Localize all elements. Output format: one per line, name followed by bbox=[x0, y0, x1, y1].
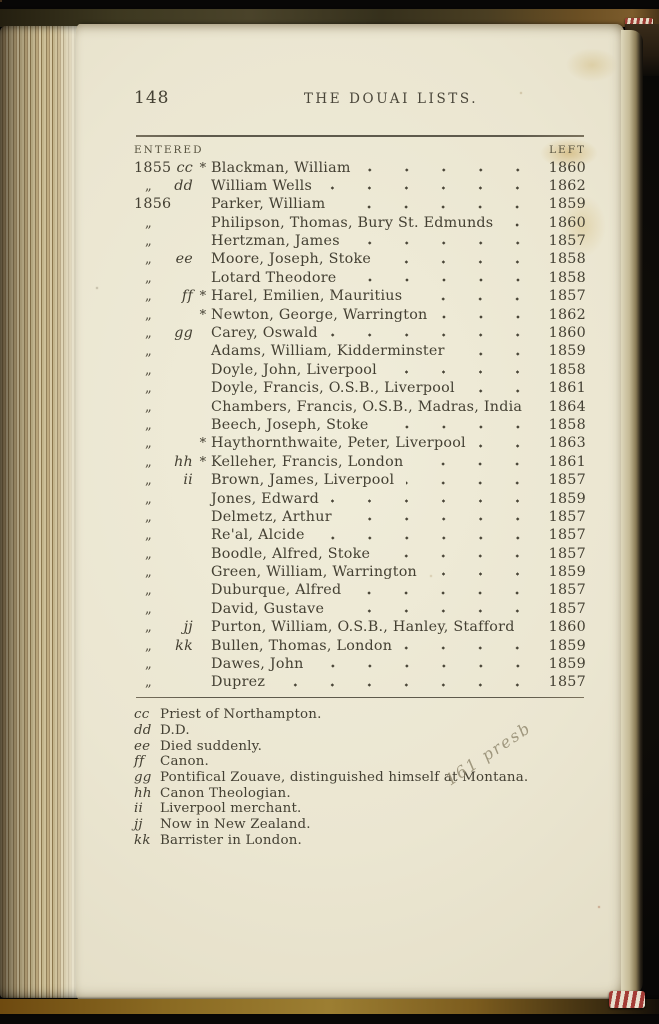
entered-year: „ bbox=[134, 491, 171, 509]
entry-name: David, Gustave bbox=[210, 600, 324, 618]
entry-name: Newton, George, Warrington bbox=[210, 306, 428, 324]
footnote-text: Canon. bbox=[160, 754, 586, 770]
entry-name: Blackman, William bbox=[210, 159, 351, 177]
table-row: 1856 Parker, William 1859 bbox=[134, 195, 586, 213]
footnote: kk Barrister in London. bbox=[134, 833, 586, 849]
footnote-key: ff bbox=[134, 754, 160, 770]
entered-year: 1856 bbox=[134, 195, 171, 213]
left-year: 1859 bbox=[544, 563, 586, 581]
table-row: „ ii Brown, James, Liverpool 1857 bbox=[134, 471, 586, 489]
table-row: „ Philipson, Thomas, Bury St. Edmunds 18… bbox=[134, 214, 586, 232]
foxing-spots bbox=[0, 0, 2, 2]
footnote-text: Now in New Zealand. bbox=[160, 817, 586, 833]
running-title: THE DOUAI LISTS. bbox=[210, 91, 572, 107]
dot-leader bbox=[404, 637, 536, 655]
left-year: 1857 bbox=[544, 471, 586, 489]
dot-leader bbox=[349, 269, 536, 287]
entry-name: Chambers, Francis, O.S.B., Madras, India bbox=[210, 398, 522, 416]
left-year: 1859 bbox=[544, 490, 586, 508]
entry-name: Kelleher, Francis, London bbox=[210, 453, 403, 471]
left-year: 1862 bbox=[544, 306, 586, 324]
table-row: „ Beech, Joseph, Stoke 1858 bbox=[134, 416, 586, 434]
headband-bottom bbox=[609, 991, 645, 1008]
entered-year: „ bbox=[134, 601, 171, 619]
table-row: „ * Newton, George, Warrington 1862 bbox=[134, 306, 586, 324]
page-right-edge bbox=[621, 30, 643, 996]
dot-leader bbox=[324, 177, 536, 195]
book-cover-bottom-edge bbox=[0, 999, 659, 1014]
entry-name: Doyle, Francis, O.S.B., Liverpool bbox=[210, 379, 455, 397]
table-row: „ Chambers, Francis, O.S.B., Madras, Ind… bbox=[134, 398, 586, 416]
footnote-marker: cc bbox=[171, 159, 196, 177]
entry-name: Moore, Joseph, Stoke bbox=[210, 250, 371, 268]
entry-name: Dawes, John bbox=[210, 655, 304, 673]
left-year: 1857 bbox=[544, 581, 586, 599]
entered-year: „ bbox=[134, 343, 171, 361]
dot-leader bbox=[353, 581, 536, 599]
dot-leader bbox=[344, 508, 536, 526]
left-year: 1857 bbox=[544, 232, 586, 250]
entry-name: Doyle, John, Liverpool bbox=[210, 361, 377, 379]
asterisk-marker: * bbox=[196, 307, 210, 325]
footnote: gg Pontifical Zouave, distinguished hims… bbox=[134, 770, 586, 786]
table-row: „ ee Moore, Joseph, Stoke 1858 bbox=[134, 250, 586, 268]
table-row: „ Adams, William, Kidderminster 1859 bbox=[134, 342, 586, 360]
footnote-text: Liverpool merchant. bbox=[160, 801, 586, 817]
entered-year: „ bbox=[134, 582, 171, 600]
entered-year: „ bbox=[134, 307, 171, 325]
entered-year: „ bbox=[134, 435, 171, 453]
left-year: 1857 bbox=[544, 673, 586, 691]
table-row: „ Delmetz, Arthur 1857 bbox=[134, 508, 586, 526]
left-year: 1861 bbox=[544, 379, 586, 397]
asterisk-marker: * bbox=[196, 160, 210, 178]
footnote: ii Liverpool merchant. bbox=[134, 801, 586, 817]
entry-name: Delmetz, Arthur bbox=[210, 508, 332, 526]
footnote: jj Now in New Zealand. bbox=[134, 817, 586, 833]
entered-year: „ bbox=[134, 380, 171, 398]
left-year: 1857 bbox=[544, 600, 586, 618]
table-row: „ Re'al, Alcide 1857 bbox=[134, 526, 586, 544]
dot-leader bbox=[505, 214, 536, 232]
table-row: „ jj Purton, William, O.S.B., Hanley, St… bbox=[134, 618, 586, 636]
footnote-marker: ff bbox=[171, 287, 196, 305]
entry-name: Lotard Theodore bbox=[210, 269, 337, 287]
footnote-marker: dd bbox=[171, 177, 196, 195]
horizontal-rule-bottom bbox=[136, 697, 584, 699]
entered-year: „ bbox=[134, 325, 171, 343]
entered-heading: ENTERED bbox=[134, 144, 204, 156]
left-year: 1860 bbox=[544, 159, 586, 177]
dot-leader bbox=[389, 361, 536, 379]
dot-leader bbox=[440, 306, 536, 324]
entry-name: William Wells bbox=[210, 177, 312, 195]
entry-name: Green, William, Warrington bbox=[210, 563, 417, 581]
left-year: 1857 bbox=[544, 526, 586, 544]
dot-leader bbox=[317, 526, 536, 544]
left-heading: LEFT bbox=[549, 144, 586, 156]
footnote-marker: ee bbox=[171, 250, 196, 268]
left-year: 1862 bbox=[544, 177, 586, 195]
entry-name: Parker, William bbox=[210, 195, 325, 213]
entry-name: Hertzman, James bbox=[210, 232, 340, 250]
dot-leader bbox=[478, 434, 536, 452]
dot-leader bbox=[415, 453, 536, 471]
asterisk-marker: * bbox=[196, 288, 210, 306]
entered-year: „ bbox=[134, 454, 171, 472]
footnote-key: dd bbox=[134, 723, 160, 739]
entry-name: Jones, Edward bbox=[210, 490, 319, 508]
left-year: 1858 bbox=[544, 416, 586, 434]
footnote-marker: ii bbox=[171, 471, 196, 489]
left-year: 1864 bbox=[544, 398, 586, 416]
dot-leader bbox=[382, 545, 536, 563]
entered-year: „ bbox=[134, 417, 171, 435]
entry-name: Brown, James, Liverpool bbox=[210, 471, 394, 489]
entered-year: 1855 bbox=[134, 159, 171, 177]
entered-year: „ bbox=[134, 233, 171, 251]
left-year: 1858 bbox=[544, 361, 586, 379]
dot-leader bbox=[336, 600, 536, 618]
entry-name: Philipson, Thomas, Bury St. Edmunds bbox=[210, 214, 493, 232]
dot-leader bbox=[330, 324, 536, 342]
entered-year: „ bbox=[134, 288, 171, 306]
footnote-text: Barrister in London. bbox=[160, 833, 586, 849]
table-row: „ Doyle, John, Liverpool 1858 bbox=[134, 361, 586, 379]
left-year: 1858 bbox=[544, 269, 586, 287]
dot-leader bbox=[316, 655, 536, 673]
left-year: 1859 bbox=[544, 195, 586, 213]
entered-year: „ bbox=[134, 564, 171, 582]
table-row: „ David, Gustave 1857 bbox=[134, 600, 586, 618]
footnote: hh Canon Theologian. bbox=[134, 786, 586, 802]
asterisk-marker: * bbox=[196, 435, 210, 453]
dot-leader bbox=[352, 232, 536, 250]
table-row: „ Jones, Edward 1859 bbox=[134, 490, 586, 508]
entry-name: Adams, William, Kidderminster bbox=[210, 342, 445, 360]
table-row: „ * Haythornthwaite, Peter, Liverpool 18… bbox=[134, 434, 586, 452]
page-header: 148 THE DOUAI LISTS. bbox=[134, 88, 586, 110]
entered-year: „ bbox=[134, 674, 171, 692]
footnote-key: ee bbox=[134, 739, 160, 755]
left-year: 1858 bbox=[544, 250, 586, 268]
dot-leader bbox=[383, 250, 536, 268]
column-headings: ENTERED LEFT bbox=[134, 144, 586, 156]
left-year: 1859 bbox=[544, 655, 586, 673]
footnote-marker: gg bbox=[171, 324, 196, 342]
table-row: „ Boodle, Alfred, Stoke 1857 bbox=[134, 545, 586, 563]
table-row: „ ff * Harel, Emilien, Mauritius 1857 bbox=[134, 287, 586, 305]
entered-year: „ bbox=[134, 638, 171, 656]
entry-name: Bullen, Thomas, London bbox=[210, 637, 392, 655]
horizontal-rule-top bbox=[136, 135, 584, 137]
entered-year: „ bbox=[134, 619, 171, 637]
dot-leader bbox=[534, 398, 536, 416]
footnote-marker: hh bbox=[171, 453, 196, 471]
entered-year: „ bbox=[134, 215, 171, 233]
dot-leader bbox=[467, 379, 536, 397]
table-row: „ Lotard Theodore 1858 bbox=[134, 269, 586, 287]
entry-name: Duburque, Alfred bbox=[210, 581, 341, 599]
entry-name: Harel, Emilien, Mauritius bbox=[210, 287, 402, 305]
entered-year: „ bbox=[134, 251, 171, 269]
footnote-text: Canon Theologian. bbox=[160, 786, 586, 802]
left-year: 1860 bbox=[544, 618, 586, 636]
table-row: „ gg Carey, Oswald 1860 bbox=[134, 324, 586, 342]
footnote-key: kk bbox=[134, 833, 160, 849]
left-year: 1857 bbox=[544, 287, 586, 305]
dot-leader bbox=[363, 159, 536, 177]
table-row: „ Hertzman, James 1857 bbox=[134, 232, 586, 250]
book-photo: 148 THE DOUAI LISTS. ENTERED LEFT 1855 c… bbox=[0, 0, 659, 1024]
footnote: ff Canon. bbox=[134, 754, 586, 770]
footnote-marker: jj bbox=[171, 618, 196, 636]
footnote-key: jj bbox=[134, 817, 160, 833]
entered-year: „ bbox=[134, 546, 171, 564]
left-year: 1859 bbox=[544, 342, 586, 360]
entry-name: Beech, Joseph, Stoke bbox=[210, 416, 369, 434]
left-year: 1857 bbox=[544, 545, 586, 563]
footnote-key: hh bbox=[134, 786, 160, 802]
dot-leader bbox=[277, 673, 536, 691]
footnote-text: Pontifical Zouave, distinguished himself… bbox=[160, 770, 586, 786]
dot-leader bbox=[406, 471, 536, 489]
left-year: 1861 bbox=[544, 453, 586, 471]
entry-name: Purton, William, O.S.B., Hanley, Staffor… bbox=[210, 618, 515, 636]
left-year: 1859 bbox=[544, 637, 586, 655]
entered-year: „ bbox=[134, 472, 171, 490]
entry-name: Boodle, Alfred, Stoke bbox=[210, 545, 370, 563]
footnote-key: ii bbox=[134, 801, 160, 817]
dot-leader bbox=[429, 563, 536, 581]
dot-leader bbox=[414, 287, 536, 305]
footnote-key: gg bbox=[134, 770, 160, 786]
table-row: „ Dawes, John 1859 bbox=[134, 655, 586, 673]
dot-leader bbox=[457, 342, 536, 360]
table-row: „ Duburque, Alfred 1857 bbox=[134, 581, 586, 599]
dot-leader bbox=[527, 618, 536, 636]
table-row: „ Doyle, Francis, O.S.B., Liverpool 1861 bbox=[134, 379, 586, 397]
table-row: „ Green, William, Warrington 1859 bbox=[134, 563, 586, 581]
entry-table: 1855 cc * Blackman, William 1860 „ dd Wi… bbox=[134, 159, 586, 692]
entered-year: „ bbox=[134, 527, 171, 545]
entered-year: „ bbox=[134, 178, 171, 196]
entered-year: „ bbox=[134, 509, 171, 527]
left-year: 1860 bbox=[544, 324, 586, 342]
entry-name: Duprez bbox=[210, 673, 265, 691]
entered-year: „ bbox=[134, 399, 171, 417]
table-row: „ Duprez 1857 bbox=[134, 673, 586, 691]
table-row: „ hh * Kelleher, Francis, London 1861 bbox=[134, 453, 586, 471]
left-year: 1863 bbox=[544, 434, 586, 452]
entry-name: Re'al, Alcide bbox=[210, 526, 305, 544]
asterisk-marker: * bbox=[196, 454, 210, 472]
entry-name: Carey, Oswald bbox=[210, 324, 318, 342]
footnote-key: cc bbox=[134, 707, 160, 723]
footnote-marker: kk bbox=[171, 637, 196, 655]
dot-leader bbox=[381, 416, 536, 434]
table-row: 1855 cc * Blackman, William 1860 bbox=[134, 159, 586, 177]
entry-name: Haythornthwaite, Peter, Liverpool bbox=[210, 434, 466, 452]
entered-year: „ bbox=[134, 656, 171, 674]
table-row: „ dd William Wells 1862 bbox=[134, 177, 586, 195]
left-year: 1860 bbox=[544, 214, 586, 232]
table-row: „ kk Bullen, Thomas, London 1859 bbox=[134, 637, 586, 655]
left-year: 1857 bbox=[544, 508, 586, 526]
dot-leader bbox=[337, 195, 536, 213]
entered-year: „ bbox=[134, 362, 171, 380]
dot-leader bbox=[331, 490, 536, 508]
entered-year: „ bbox=[134, 270, 171, 288]
